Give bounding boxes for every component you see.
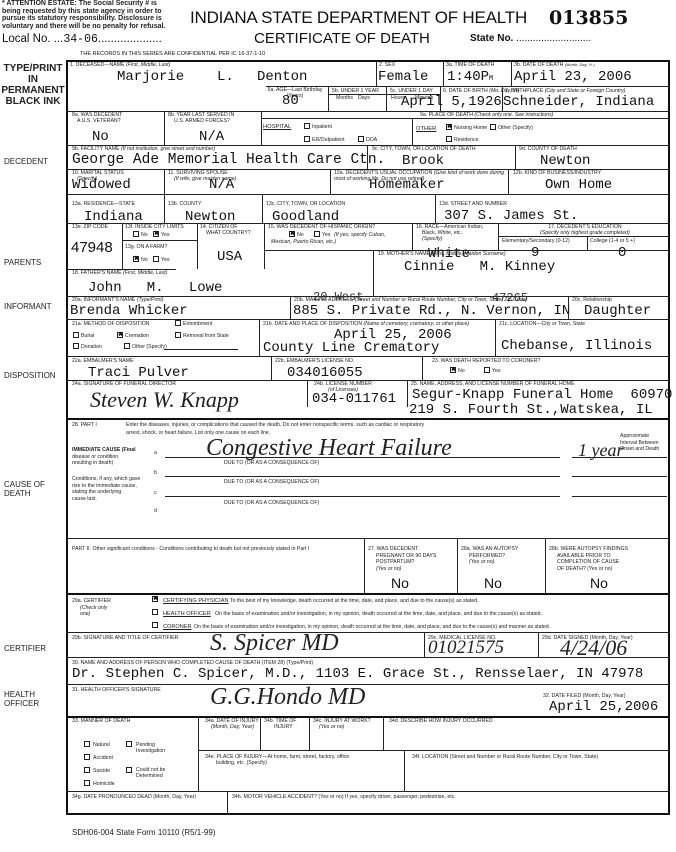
nursing-home-checkbox[interactable]: [446, 124, 452, 130]
er-outpatient-checkbox[interactable]: [304, 136, 310, 142]
form-id: SDH06-004 State Form 10110 (R5/1-99): [72, 828, 215, 837]
disposition-place-value[interactable]: County Line Crematory: [263, 341, 439, 356]
director-signature: Steven W. Knapp: [90, 387, 239, 413]
part1-instructions-1: Enter the diseases, injuries, or complic…: [126, 422, 424, 428]
side-certifier: CERTIFIER: [4, 644, 46, 653]
education-label: 17. DECEDENT'S EDUCATION(Specify only hi…: [500, 224, 670, 236]
interval-label: ApproximateInterval BetweenOnset and Dea…: [620, 433, 659, 453]
injury-location-label: 34f. LOCATION (Street and Number or Rura…: [412, 754, 598, 760]
zip-label: 13e. ZIP CODE: [72, 224, 108, 230]
autopsy-label: 28a. WAS AN AUTOPSYPERFORMED?(Yes or no): [461, 546, 518, 566]
zip-value[interactable]: 47948: [71, 240, 113, 255]
county-of-death-label: 9d. COUNTY OF DEATH: [519, 146, 577, 152]
embalmer-license-label: 22b. EMBALMER'S LICENSE NO.: [275, 358, 354, 364]
completed-by-value[interactable]: Dr. Stephen C. Spicer, M.D., 1103 E. Gra…: [72, 667, 643, 682]
spouse-value[interactable]: N/A: [209, 178, 234, 193]
embalmer-license-value[interactable]: 034016055: [287, 366, 363, 381]
city-of-death-value[interactable]: Brook: [402, 154, 444, 169]
motor-vehicle-label: 34h. MOTOR VEHICLE ACCIDENT? (Yes or no)…: [232, 794, 456, 800]
time-of-death-value[interactable]: 1:40PM: [447, 70, 493, 87]
race-label: 16. RACE—American Indian,Black, White, e…: [416, 224, 483, 242]
side-health-officer: HEALTH OFFICER: [4, 690, 39, 708]
pregnant-value[interactable]: No: [391, 576, 409, 591]
name-label: 1. DECEASED—NAME (First, Middle, Last): [70, 62, 170, 68]
business-value[interactable]: Own Home: [545, 178, 612, 193]
county-of-death-value[interactable]: Newton: [540, 154, 590, 169]
injury-at-work-label: 34c. INJURY AT WORK?(Yes or no): [313, 718, 371, 730]
mailing-address-value[interactable]: 885 S. Private Rd., N. Vernon, IN: [293, 304, 570, 319]
hispanic-no-checkbox[interactable]: [289, 231, 295, 237]
pregnant-label: 27. WAS DECEDENTPREGNANT OR 90 DAYSPOSTP…: [368, 546, 436, 572]
autopsy-findings-value[interactable]: No: [590, 576, 608, 591]
inpatient-checkbox[interactable]: [304, 123, 310, 129]
decedent-middle-name[interactable]: L.: [217, 70, 234, 85]
residence-checkbox[interactable]: [446, 136, 452, 142]
director-license-value[interactable]: 034-011761: [312, 392, 396, 407]
marital-value[interactable]: Widowed: [72, 178, 131, 193]
side-disposition: DISPOSITION: [4, 371, 56, 380]
other-label: OTHER: [416, 126, 436, 132]
removal-checkbox[interactable]: [175, 332, 181, 338]
certifier-signature-label: 29b. SIGNATURE AND TITLE OF CERTIFIER: [72, 635, 178, 641]
confidential-notice: THE RECORDS IN THIS SERIES ARE CONFIDENT…: [80, 51, 265, 57]
decedent-last-name[interactable]: Denton: [257, 70, 307, 85]
farm-no-checkbox[interactable]: [133, 256, 139, 262]
relationship-value[interactable]: Daughter: [584, 304, 651, 319]
certifier-label: 29a. CERTIFIER(Check onlyone): [72, 598, 111, 618]
part1-label: 28. PART I: [72, 422, 97, 428]
other-specify-checkbox[interactable]: [490, 124, 496, 130]
side-decedent: DECEDENT: [4, 157, 48, 166]
res-city-label: 13c. CITY, TOWN, OR LOCATION: [266, 201, 345, 207]
autopsy-findings-label: 28b. WERE AUTOPSY FINDINGSAVAILABLE PRIO…: [549, 546, 628, 572]
local-no-value: 34-06: [63, 33, 98, 46]
part2-label: PART II. Other significant conditions - …: [72, 546, 309, 552]
place-of-injury-label: 34e. PLACE OF INJURY—At home, farm, stre…: [205, 754, 349, 766]
inside-city-no-checkbox[interactable]: [133, 231, 139, 237]
city-of-death-label: 9c. CITY, TOWN, OR LOCATION OF DEATH: [372, 146, 476, 152]
year-served-value[interactable]: N/A: [199, 130, 224, 145]
homicide-checkbox[interactable]: [84, 780, 90, 786]
autopsy-value[interactable]: No: [484, 576, 502, 591]
undetermined-checkbox[interactable]: [126, 767, 132, 773]
citizen-value[interactable]: USA: [217, 250, 242, 265]
business-label: 12b. KIND OF BUSINESS/INDUSTRY: [513, 170, 601, 176]
mother-value[interactable]: Cinnie M. Kinney: [404, 260, 555, 275]
funeral-home-line1[interactable]: Segur-Knapp Funeral Home 60970: [412, 388, 672, 403]
inside-city-yes-checkbox[interactable]: [153, 231, 159, 237]
method-disposition-label: 21a. METHOD OF DISPOSITION: [72, 321, 150, 327]
side-cause: CAUSE OF DEATH: [4, 480, 45, 498]
medical-license-value[interactable]: 01021575: [428, 637, 504, 659]
dob-value[interactable]: April 5,1926: [401, 95, 502, 110]
funeral-home-line2[interactable]: 219 S. Fourth St.,Watskea, IL: [409, 403, 653, 418]
natural-checkbox[interactable]: [84, 741, 90, 747]
coroner-checkbox[interactable]: [152, 622, 158, 628]
father-value[interactable]: John M. Lowe: [88, 281, 222, 296]
side-informant: INFORMANT: [4, 302, 52, 311]
address-overstrike-1: 20 West: [313, 290, 363, 304]
entombment-checkbox[interactable]: [175, 320, 181, 326]
informant-name-value[interactable]: Brenda Whicker: [70, 304, 188, 319]
state-no: State No. ...........................: [470, 33, 591, 44]
farm-yes-checkbox[interactable]: [153, 256, 159, 262]
donation-checkbox[interactable]: [73, 343, 79, 349]
local-no: Local No. ...34-06....................: [2, 33, 162, 46]
date-of-death-value[interactable]: April 23, 2006: [514, 70, 632, 85]
res-county-label: 13b. COUNTY: [168, 201, 201, 207]
injury-time-label: 34b. TIME OFINJURY: [264, 718, 296, 730]
certificate-number: 013855: [549, 7, 628, 29]
date-filed-value[interactable]: April 25,2006: [549, 700, 658, 715]
veteran-value[interactable]: No: [92, 130, 109, 145]
manner-of-death-label: 33. MANNER OF DEATH: [72, 718, 130, 724]
certifying-physician-checkbox[interactable]: [152, 596, 158, 602]
sex-label: 2. SEX: [379, 62, 395, 68]
coroner-reported-label: 23. WAS DEATH REPORTED TO CORONER?: [432, 358, 540, 364]
college-value[interactable]: 0: [618, 246, 626, 261]
date-of-death-label: 3b. DATE OF DEATH (Month, Day, Yr.): [514, 62, 595, 68]
attention-bold: * ATTENTION ESTATE:: [2, 0, 77, 7]
health-officer-checkbox[interactable]: [152, 609, 158, 615]
doa-checkbox[interactable]: [358, 136, 364, 142]
injury-date-label: 34a. DATE OF INJURY(Month, Day, Year): [205, 718, 259, 730]
attention-notice: * ATTENTION ESTATE: The Social Security …: [2, 0, 180, 30]
birthplace-value[interactable]: Schneider, Indiana: [503, 95, 654, 110]
certificate-title: CERTIFICATE OF DEATH: [254, 30, 430, 47]
health-officer-signature: G.G.Hondo MD: [210, 684, 365, 711]
immediate-cause-label: IMMEDIATE CAUSE (Finaldisease or conditi…: [72, 447, 136, 467]
disposition-location-value[interactable]: Chebanse, Illinois: [501, 339, 652, 354]
accident-checkbox[interactable]: [84, 754, 90, 760]
res-street-label: 13d. STREET AND NUMBER: [439, 201, 507, 207]
decedent-first-name[interactable]: Marjorie: [117, 70, 184, 85]
veteran-label: 8a. WAS DECEDENTA U.S. VETERAN?: [72, 112, 122, 124]
coroner-yes-checkbox[interactable]: [484, 367, 490, 373]
hispanic-label: 15. WAS DECEDENT OF HISPANIC ORIGIN?: [268, 224, 375, 230]
burial-checkbox[interactable]: [73, 332, 79, 338]
pronounced-dead-label: 34g. DATE PRONOUNCED DEAD (Month, Day, Y…: [72, 794, 196, 800]
citizen-label: 14. CITIZEN OFWHAT COUNTRY?: [200, 224, 251, 236]
coroner-no-checkbox[interactable]: [450, 367, 456, 373]
farm-label: 13g. ON A FARM?: [125, 244, 167, 250]
inside-city-label: 13f. INSIDE CITY LIMITS: [125, 224, 184, 230]
occupation-value[interactable]: Homemaker: [369, 178, 445, 193]
other-disposition-checkbox[interactable]: [124, 343, 130, 349]
describe-injury-label: 34d. DESCRIBE HOW INJURY OCCURRED: [389, 718, 493, 724]
pending-checkbox[interactable]: [126, 741, 132, 747]
side-type-print: TYPE/PRINT IN PERMANENT BLACK INK: [0, 63, 66, 107]
certifier-signature: S. Spicer MD: [210, 630, 339, 657]
embalmer-value[interactable]: Traci Pulver: [88, 366, 189, 381]
year-served-label: 8b. YEAR LAST SERVED INU.S. ARMED FORCES…: [168, 112, 234, 124]
hispanic-yes-checkbox[interactable]: [314, 231, 320, 237]
res-state-label: 13a. RESIDENCE—STATE: [72, 201, 135, 207]
sex-value[interactable]: Female: [378, 70, 428, 85]
embalmer-label: 22a. EMBALMER'S NAME: [72, 358, 134, 364]
facility-value[interactable]: George Ade Memorial Health Care Ctn.: [72, 153, 385, 168]
health-officer-signature-label: 31. HEALTH OFFICER'S SIGNATURE: [72, 687, 161, 693]
cremation-checkbox[interactable]: [117, 332, 123, 338]
res-street-value[interactable]: 307 S. James St.: [444, 209, 578, 224]
side-parents: PARENTS: [4, 258, 41, 267]
conditions-label: Conditions, if any, which gaverise to th…: [72, 476, 140, 502]
age-value[interactable]: 80: [282, 94, 299, 109]
time-of-death-label: 3a. TIME OF DEATH: [446, 62, 494, 68]
father-label: 18. FATHER'S NAME (First, Middle, Last): [72, 270, 167, 276]
hospital-label: HOSPITAL: [263, 124, 291, 130]
agency-title: INDIANA STATE DEPARTMENT OF HEALTH: [190, 8, 527, 28]
disposition-location-label: 21c. LOCATION—City or Town, State: [499, 321, 585, 327]
suicide-checkbox[interactable]: [84, 767, 90, 773]
mother-label: 19. MOTHER'S NAME (First, Middle, Maiden…: [378, 251, 506, 257]
